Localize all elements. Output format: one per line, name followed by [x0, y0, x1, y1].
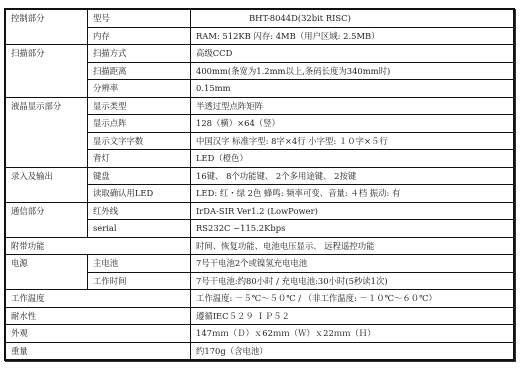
- table-row: 录入及输出 键盘 16键、 8个功能键、 2个多用途键、 2按键: [5, 167, 514, 185]
- table-row: 工作温度 工作温度: －５℃～５０℃ / （非工作温度: －１０℃～６０℃）: [5, 290, 514, 308]
- label-cell: 附带功能: [5, 237, 191, 255]
- value-cell: 147ｍｍ（Ｄ）ｘ62ｍｍ（Ｗ）ｘ22ｍｍ（Ｈ）: [191, 325, 515, 343]
- table-row: 电源 主电池 7号干电池2个或镍氢充电电池: [5, 255, 514, 273]
- value-cell: 7号干电池:约80小时 / 充电电池:30小时(5秒读1次): [191, 272, 515, 290]
- item-cell: 主电池: [88, 255, 191, 273]
- table-row: 控制部分 型号 BHT-8044D(32bit RISC): [5, 9, 514, 27]
- table-row: 通信部分 红外线 IrDA-SIR Ver1.2 (LowPower): [5, 202, 514, 220]
- value-cell: 7号干电池2个或镍氢充电电池: [191, 255, 515, 273]
- item-cell: 背灯: [88, 150, 191, 168]
- item-cell: 键盘: [88, 167, 191, 185]
- value-cell: 400mm(条宽为1.2mm以上,条码长度为340mm时): [191, 62, 515, 80]
- value-cell: RS232C ~115.2Kbps: [191, 220, 515, 238]
- label-cell: 工作温度: [5, 290, 191, 308]
- item-cell: 工作时间: [88, 272, 191, 290]
- value-cell: 约170g（含电池）: [191, 342, 515, 360]
- value-cell: 工作温度: －５℃～５０℃ / （非工作温度: －１０℃～６０℃）: [191, 290, 515, 308]
- category-cell: 通信部分: [5, 202, 88, 237]
- item-cell: 分辨率: [88, 80, 191, 98]
- value-cell: 16键、 8个功能键、 2个多用途键、 2按键: [191, 167, 515, 185]
- category-cell: 电源: [5, 255, 88, 290]
- table-row: 液晶显示部分 显示类型 半透过型点阵矩阵: [5, 97, 514, 115]
- value-cell: RAM: 512KB 闪存: 4MB（用户区域: 2.5MB）: [191, 27, 515, 45]
- item-cell: 扫描距离: [88, 62, 191, 80]
- table-row: 扫描部分 扫描方式 高级CCD: [5, 45, 514, 63]
- spec-table: 控制部分 型号 BHT-8044D(32bit RISC) 内存 RAM: 51…: [4, 8, 515, 361]
- value-cell: 0.15mm: [191, 80, 515, 98]
- category-cell: 液晶显示部分: [5, 97, 88, 167]
- value-cell: 中国汉字 标准字型: 8字×4行 小字型: １０字×５行: [191, 132, 515, 150]
- value-cell: 半透过型点阵矩阵: [191, 97, 515, 115]
- category-cell: 录入及输出: [5, 167, 88, 202]
- value-cell: LED（橙色）: [191, 150, 515, 168]
- item-cell: 内存: [88, 27, 191, 45]
- label-cell: 外观: [5, 325, 191, 343]
- label-cell: 耐水性: [5, 307, 191, 325]
- value-cell: BHT-8044D(32bit RISC): [191, 9, 515, 27]
- value-cell: 遵循IEC５２９ ＩＰ５２: [191, 307, 515, 325]
- value-cell: 高级CCD: [191, 45, 515, 63]
- table-row: 外观 147ｍｍ（Ｄ）ｘ62ｍｍ（Ｗ）ｘ22ｍｍ（Ｈ）: [5, 325, 514, 343]
- item-cell: 型号: [88, 9, 191, 27]
- item-cell: 红外线: [88, 202, 191, 220]
- category-cell: 控制部分: [5, 9, 88, 45]
- label-cell: 重量: [5, 342, 191, 360]
- item-cell: 读取确认用LED: [88, 185, 191, 203]
- value-cell: 128（横）×64（竖）: [191, 115, 515, 133]
- value-cell: IrDA-SIR Ver1.2 (LowPower): [191, 202, 515, 220]
- value-cell: 时间、恢复功能、电池电压显示、 远程遥控功能: [191, 237, 515, 255]
- item-cell: 显示点阵: [88, 115, 191, 133]
- table-row: 重量 约170g（含电池）: [5, 342, 514, 360]
- item-cell: 扫描方式: [88, 45, 191, 63]
- value-cell: LED: 红・绿 2色 蜂鸣: 频率可变、音量: ４档 振动: 有: [191, 185, 515, 203]
- category-cell: 扫描部分: [5, 45, 88, 98]
- table-row: 附带功能 时间、恢复功能、电池电压显示、 远程遥控功能: [5, 237, 514, 255]
- item-cell: 显示文字字数: [88, 132, 191, 150]
- item-cell: 显示类型: [88, 97, 191, 115]
- item-cell: serial: [88, 220, 191, 238]
- table-row: 耐水性 遵循IEC５２９ ＩＰ５２: [5, 307, 514, 325]
